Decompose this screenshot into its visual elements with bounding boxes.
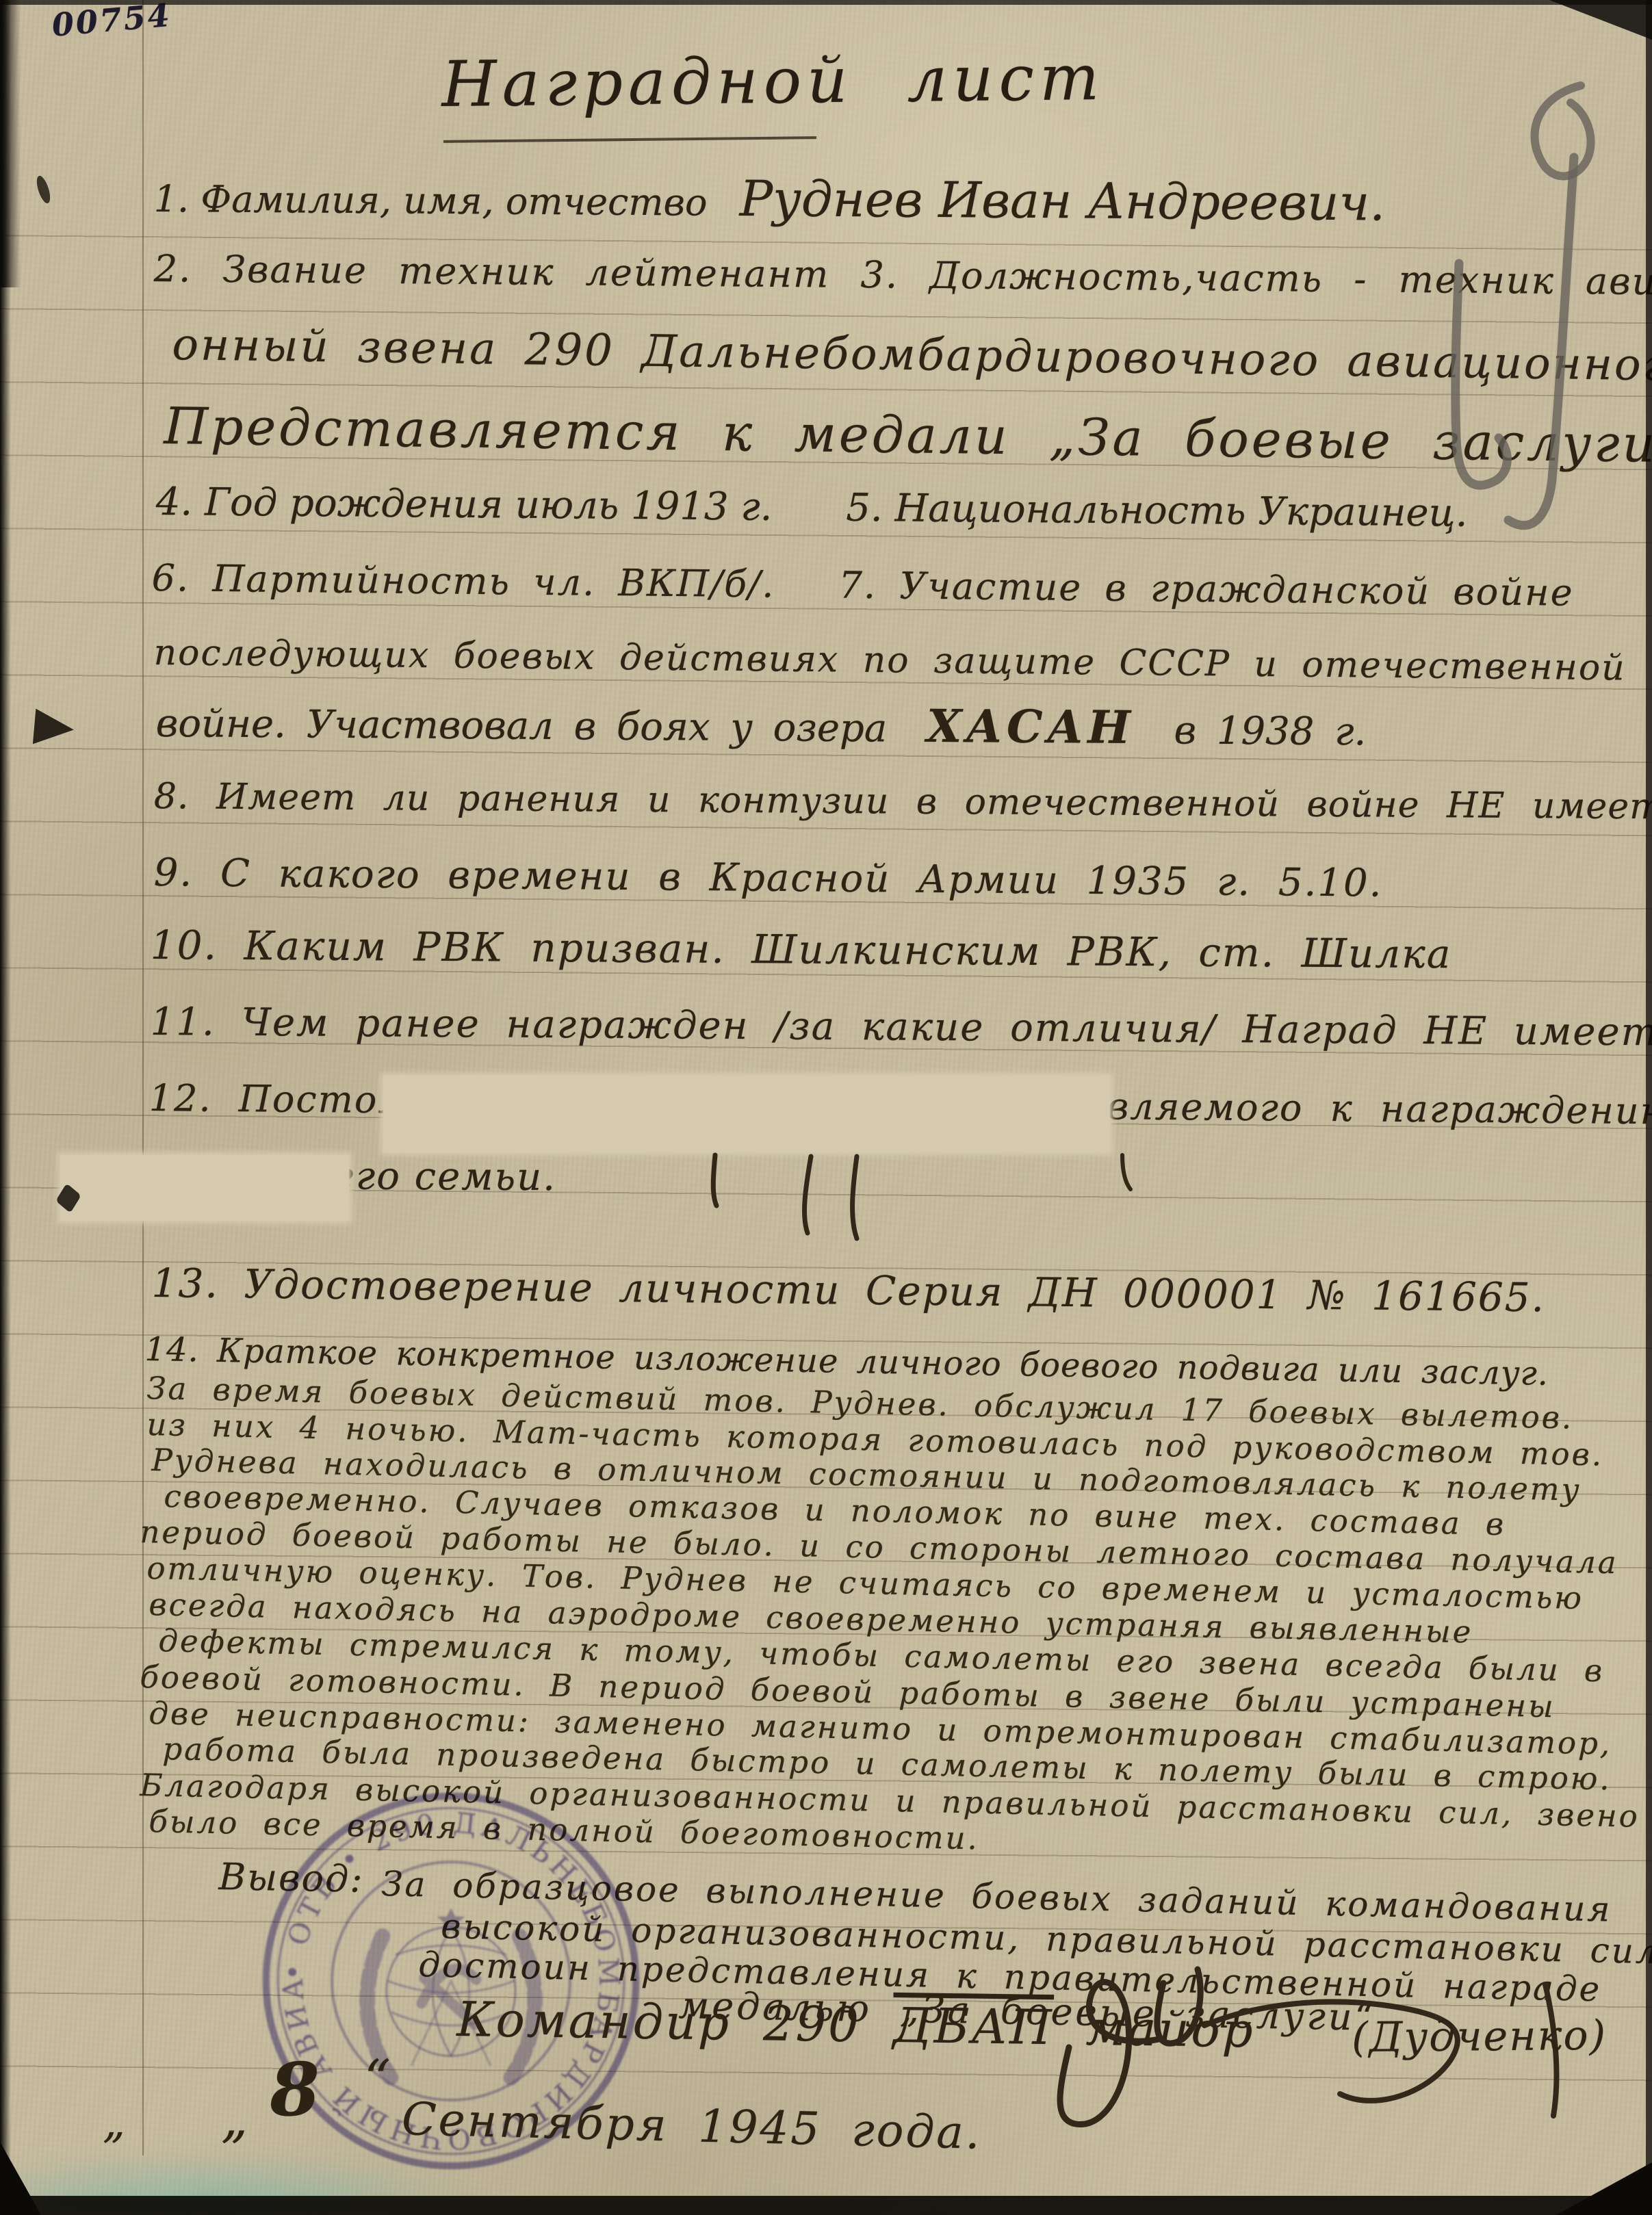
commander-signature bbox=[0, 0, 1652, 2215]
scanned-award-document: 00754 Наградной лист 1. Фамилия, имя, от… bbox=[0, 0, 1652, 2215]
commander-surname: (Дудченко) bbox=[1352, 2015, 1607, 2058]
